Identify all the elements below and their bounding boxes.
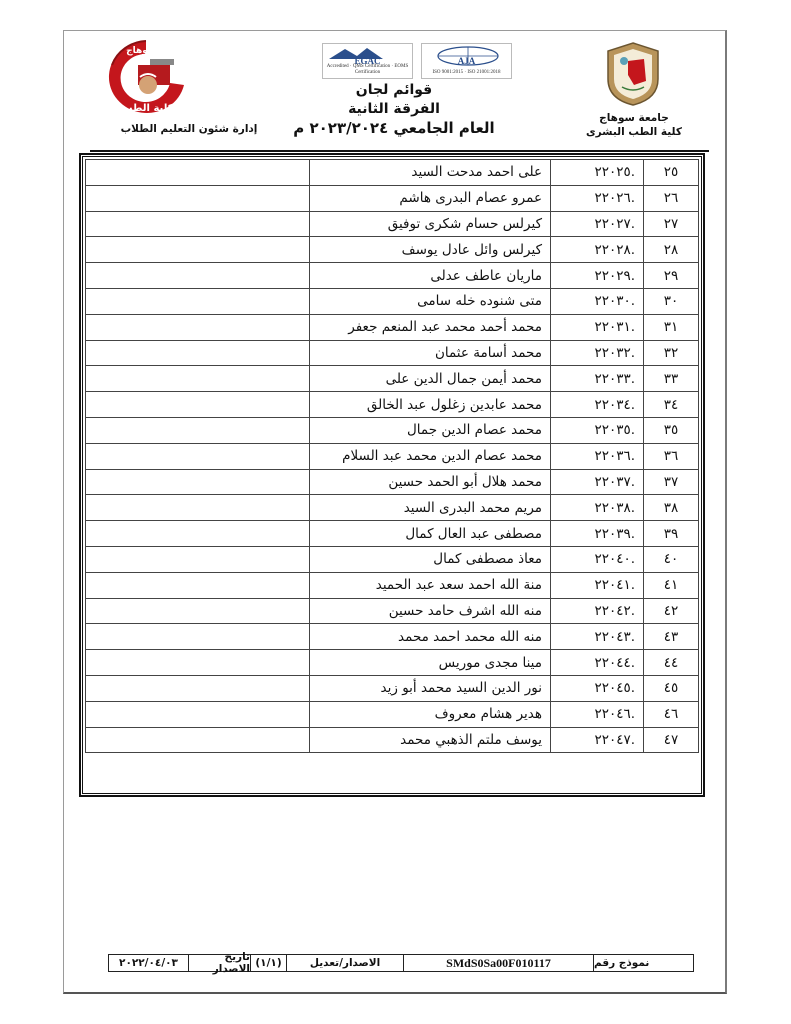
table-row: ٣٢.٢٢٠٣٢محمد أسامة عثمان bbox=[86, 340, 699, 366]
student-name-cell: منه الله محمد احمد محمد bbox=[310, 624, 551, 650]
seat-number-cell: ٤٧ bbox=[644, 727, 699, 753]
student-code-cell: .٢٢٠٣١ bbox=[551, 314, 644, 340]
student-name-cell: عمرو عصام البدرى هاشم bbox=[310, 185, 551, 211]
student-code-cell: .٢٢٠٣٤ bbox=[551, 392, 644, 418]
notes-cell bbox=[86, 675, 310, 701]
notes-cell bbox=[86, 263, 310, 289]
student-name-cell: هدير هشام معروف bbox=[310, 701, 551, 727]
student-code-cell: .٢٢٠٣٥ bbox=[551, 417, 644, 443]
seat-number-cell: ٤١ bbox=[644, 572, 699, 598]
seat-number-cell: ٤٥ bbox=[644, 675, 699, 701]
seat-number-cell: ٤٠ bbox=[644, 546, 699, 572]
student-name-cell: مريم محمد البدرى السيد bbox=[310, 495, 551, 521]
student-name-cell: محمد عابدين زغلول عبد الخالق bbox=[310, 392, 551, 418]
student-code-cell: .٢٢٠٤٧ bbox=[551, 727, 644, 753]
table-row: ٤٠.٢٢٠٤٠معاذ مصطفى كمال bbox=[86, 546, 699, 572]
roster-table-body: ٢٥.٢٢٠٢٥على احمد مدحت السيد٢٦.٢٢٠٢٦عمرو … bbox=[86, 160, 699, 753]
seat-number-cell: ٣٨ bbox=[644, 495, 699, 521]
table-row: ٣٣.٢٢٠٣٣محمد أيمن جمال الدين على bbox=[86, 366, 699, 392]
version-label: الاصدار/تعديل bbox=[286, 955, 403, 971]
notes-cell bbox=[86, 598, 310, 624]
form-number-value: SMdS0Sa00F010117 bbox=[403, 955, 593, 971]
table-row: ٤٥.٢٢٠٤٥نور الدين السيد محمد أبو زيد bbox=[86, 675, 699, 701]
student-code-cell: .٢٢٠٤٦ bbox=[551, 701, 644, 727]
student-name-cell: على احمد مدحت السيد bbox=[310, 160, 551, 186]
notes-cell bbox=[86, 288, 310, 314]
seat-number-cell: ٣٧ bbox=[644, 469, 699, 495]
faculty-logo: جامعة سوهاج كلية الطب bbox=[104, 37, 188, 117]
table-row: ٤٢.٢٢٠٤٢منه الله اشرف حامد حسين bbox=[86, 598, 699, 624]
notes-cell bbox=[86, 521, 310, 547]
seat-number-cell: ٣٠ bbox=[644, 288, 699, 314]
notes-cell bbox=[86, 366, 310, 392]
svg-text:كلية الطب: كلية الطب bbox=[122, 103, 173, 114]
student-code-cell: .٢٢٠٣٩ bbox=[551, 521, 644, 547]
title-line-2: الفرقة الثانية bbox=[244, 100, 544, 119]
seat-number-cell: ٢٩ bbox=[644, 263, 699, 289]
roster-table-frame: ٢٥.٢٢٠٢٥على احمد مدحت السيد٢٦.٢٢٠٢٦عمرو … bbox=[79, 153, 705, 797]
notes-cell bbox=[86, 495, 310, 521]
student-code-cell: .٢٢٠٢٨ bbox=[551, 237, 644, 263]
form-number-label: نموذج رقم bbox=[593, 955, 693, 971]
student-name-cell: مصطفى عبد العال كمال bbox=[310, 521, 551, 547]
student-code-cell: .٢٢٠٤٤ bbox=[551, 650, 644, 676]
seat-number-cell: ٤٣ bbox=[644, 624, 699, 650]
university-name: جامعة سوهاج bbox=[569, 111, 699, 125]
student-code-cell: .٢٢٠٤٣ bbox=[551, 624, 644, 650]
student-name-cell: محمد أيمن جمال الدين على bbox=[310, 366, 551, 392]
seat-number-cell: ٣٩ bbox=[644, 521, 699, 547]
student-name-cell: محمد أحمد محمد عبد المنعم جعفر bbox=[310, 314, 551, 340]
table-row: ٣١.٢٢٠٣١محمد أحمد محمد عبد المنعم جعفر bbox=[86, 314, 699, 340]
seat-number-cell: ٢٦ bbox=[644, 185, 699, 211]
university-caption: جامعة سوهاج كلية الطب البشرى bbox=[569, 111, 699, 139]
header-divider bbox=[90, 150, 709, 152]
seat-number-cell: ٣٦ bbox=[644, 443, 699, 469]
notes-cell bbox=[86, 185, 310, 211]
student-code-cell: .٢٢٠٣٢ bbox=[551, 340, 644, 366]
notes-cell bbox=[86, 237, 310, 263]
seat-number-cell: ٢٧ bbox=[644, 211, 699, 237]
student-name-cell: محمد هلال أبو الحمد حسين bbox=[310, 469, 551, 495]
table-row: ٤٦.٢٢٠٤٦هدير هشام معروف bbox=[86, 701, 699, 727]
notes-cell bbox=[86, 417, 310, 443]
student-name-cell: يوسف ملتم الذهبي محمد bbox=[310, 727, 551, 753]
student-name-cell: منة الله احمد سعد عبد الحميد bbox=[310, 572, 551, 598]
student-code-cell: .٢٢٠٣٣ bbox=[551, 366, 644, 392]
student-name-cell: معاذ مصطفى كمال bbox=[310, 546, 551, 572]
aja-logo: AJA ISO 9001:2015 · ISO 21001:2018 bbox=[421, 43, 512, 79]
seat-number-cell: ٣٥ bbox=[644, 417, 699, 443]
student-name-cell: محمد أسامة عثمان bbox=[310, 340, 551, 366]
student-name-cell: محمد عصام الدين جمال bbox=[310, 417, 551, 443]
table-row: ٣٨.٢٢٠٣٨مريم محمد البدرى السيد bbox=[86, 495, 699, 521]
university-crest-icon bbox=[604, 41, 662, 107]
notes-cell bbox=[86, 211, 310, 237]
svg-text:جامعة سوهاج: جامعة سوهاج bbox=[126, 46, 186, 56]
seat-number-cell: ٣٢ bbox=[644, 340, 699, 366]
student-name-cell: كيرلس وائل عادل يوسف bbox=[310, 237, 551, 263]
document-header: جامعة سوهاج كلية الطب إدارة شئون التعليم… bbox=[64, 31, 726, 151]
seat-number-cell: ٢٥ bbox=[644, 160, 699, 186]
student-code-cell: .٢٢٠٣٠ bbox=[551, 288, 644, 314]
student-code-cell: .٢٢٠٣٨ bbox=[551, 495, 644, 521]
notes-cell bbox=[86, 572, 310, 598]
table-row: ٢٧.٢٢٠٢٧كيرلس حسام شكرى توفيق bbox=[86, 211, 699, 237]
table-row: ٤٧.٢٢٠٤٧يوسف ملتم الذهبي محمد bbox=[86, 727, 699, 753]
student-code-cell: .٢٢٠٣٧ bbox=[551, 469, 644, 495]
document-title: قوائم لجان الفرقة الثانية العام الجامعي … bbox=[244, 81, 544, 138]
faculty-logo-icon: جامعة سوهاج كلية الطب bbox=[104, 37, 188, 117]
table-row: ٣٥.٢٢٠٣٥محمد عصام الدين جمال bbox=[86, 417, 699, 443]
form-footer: نموذج رقم SMdS0Sa00F010117 الاصدار/تعديل… bbox=[108, 954, 694, 972]
student-code-cell: .٢٢٠٤٠ bbox=[551, 546, 644, 572]
student-code-cell: .٢٢٠٢٧ bbox=[551, 211, 644, 237]
notes-cell bbox=[86, 650, 310, 676]
notes-cell bbox=[86, 314, 310, 340]
table-row: ٢٥.٢٢٠٢٥على احمد مدحت السيد bbox=[86, 160, 699, 186]
student-code-cell: .٢٢٠٢٦ bbox=[551, 185, 644, 211]
title-line-3: العام الجامعي ٢٠٢٣/٢٠٢٤ م bbox=[244, 119, 544, 138]
table-row: ٣٠.٢٢٠٣٠متى شنوده خله سامى bbox=[86, 288, 699, 314]
student-name-cell: محمد عصام الدين محمد عبد السلام bbox=[310, 443, 551, 469]
notes-cell bbox=[86, 469, 310, 495]
student-code-cell: .٢٢٠٢٩ bbox=[551, 263, 644, 289]
notes-cell bbox=[86, 624, 310, 650]
student-code-cell: .٢٢٠٣٦ bbox=[551, 443, 644, 469]
seat-number-cell: ٣١ bbox=[644, 314, 699, 340]
table-row: ٣٧.٢٢٠٣٧محمد هلال أبو الحمد حسين bbox=[86, 469, 699, 495]
seat-number-cell: ٣٤ bbox=[644, 392, 699, 418]
seat-number-cell: ٤٤ bbox=[644, 650, 699, 676]
table-row: ٣٦.٢٢٠٣٦محمد عصام الدين محمد عبد السلام bbox=[86, 443, 699, 469]
seat-number-cell: ٤٦ bbox=[644, 701, 699, 727]
student-name-cell: ماريان عاطف عدلى bbox=[310, 263, 551, 289]
seat-number-cell: ٣٣ bbox=[644, 366, 699, 392]
title-line-1: قوائم لجان bbox=[244, 81, 544, 100]
notes-cell bbox=[86, 160, 310, 186]
notes-cell bbox=[86, 443, 310, 469]
notes-cell bbox=[86, 392, 310, 418]
notes-cell bbox=[86, 701, 310, 727]
roster-table: ٢٥.٢٢٠٢٥على احمد مدحت السيد٢٦.٢٢٠٢٦عمرو … bbox=[85, 159, 699, 753]
table-row: ٣٤.٢٢٠٣٤محمد عابدين زغلول عبد الخالق bbox=[86, 392, 699, 418]
seat-number-cell: ٢٨ bbox=[644, 237, 699, 263]
version-value: (١/١) bbox=[250, 955, 286, 971]
faculty-name: كلية الطب البشرى bbox=[569, 125, 699, 139]
student-name-cell: كيرلس حسام شكرى توفيق bbox=[310, 211, 551, 237]
student-name-cell: مينا مجدى موريس bbox=[310, 650, 551, 676]
table-row: ٤٣.٢٢٠٤٣منه الله محمد احمد محمد bbox=[86, 624, 699, 650]
seat-number-cell: ٤٢ bbox=[644, 598, 699, 624]
table-row: ٢٦.٢٢٠٢٦عمرو عصام البدرى هاشم bbox=[86, 185, 699, 211]
notes-cell bbox=[86, 727, 310, 753]
issue-date-value: ٢٠٢٢/٠٤/٠٣ bbox=[109, 955, 188, 971]
table-row: ٤٤.٢٢٠٤٤مينا مجدى موريس bbox=[86, 650, 699, 676]
student-name-cell: متى شنوده خله سامى bbox=[310, 288, 551, 314]
student-code-cell: .٢٢٠٢٥ bbox=[551, 160, 644, 186]
table-row: ٤١.٢٢٠٤١منة الله احمد سعد عبد الحميد bbox=[86, 572, 699, 598]
student-name-cell: منه الله اشرف حامد حسين bbox=[310, 598, 551, 624]
egac-logo: EGAC Accredited · QMS Certification · EO… bbox=[322, 43, 413, 79]
accreditation-logos: EGAC Accredited · QMS Certification · EO… bbox=[322, 43, 512, 79]
student-code-cell: .٢٢٠٤٢ bbox=[551, 598, 644, 624]
issue-date-label: تاريخ الاصدار bbox=[188, 955, 250, 971]
student-code-cell: .٢٢٠٤١ bbox=[551, 572, 644, 598]
university-logo bbox=[604, 41, 662, 107]
notes-cell bbox=[86, 546, 310, 572]
table-row: ٢٩.٢٢٠٢٩ماريان عاطف عدلى bbox=[86, 263, 699, 289]
notes-cell bbox=[86, 340, 310, 366]
student-name-cell: نور الدين السيد محمد أبو زيد bbox=[310, 675, 551, 701]
student-code-cell: .٢٢٠٤٥ bbox=[551, 675, 644, 701]
table-row: ٣٩.٢٢٠٣٩مصطفى عبد العال كمال bbox=[86, 521, 699, 547]
table-row: ٢٨.٢٢٠٢٨كيرلس وائل عادل يوسف bbox=[86, 237, 699, 263]
